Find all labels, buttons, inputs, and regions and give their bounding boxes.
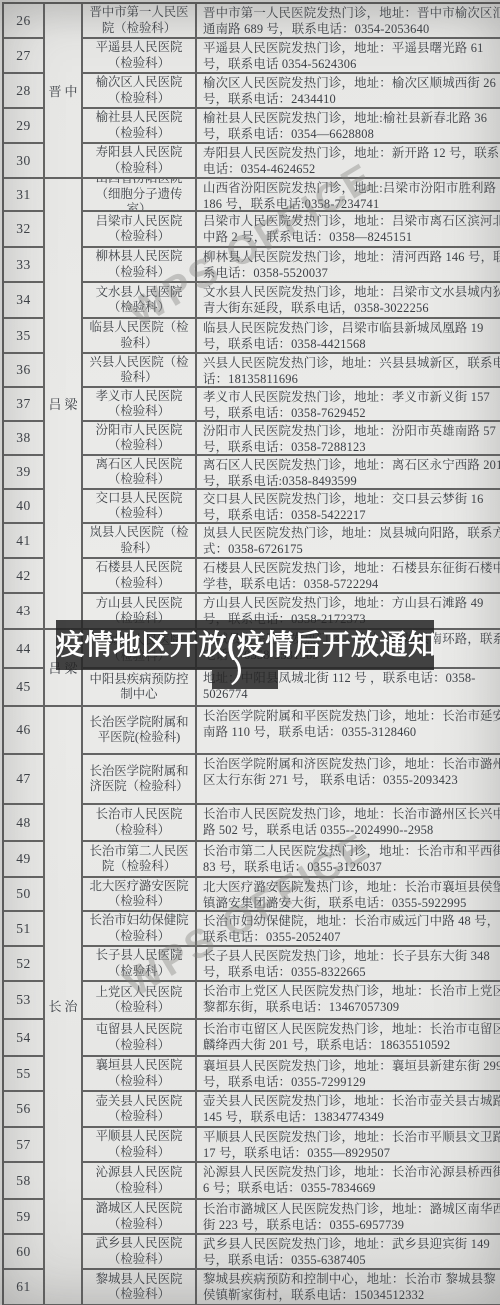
hospital-name-cell: 临县人民医院（检验科） — [83, 319, 197, 354]
hospital-name-cell: 上党区人民医院（检验科） — [83, 982, 197, 1020]
hospital-detail-cell: 寿阳县人民医院发热门诊，地址：新开路 12 号，联系电话：0354-462465… — [197, 144, 500, 179]
row-number-cell: 29 — [4, 109, 45, 144]
row-number-cell: 51 — [4, 912, 45, 947]
hospital-name-cell: 汾阳市人民医院（检验科） — [83, 422, 197, 456]
row-number-cell: 45 — [4, 669, 45, 707]
row-number-cell: 52 — [4, 947, 45, 982]
hospital-name-cell: 长治市妇幼保健院（检验科） — [83, 912, 197, 947]
hospital-name-cell: 襄垣县人民医院（检验科） — [83, 1057, 197, 1092]
row-number-cell: 58 — [4, 1163, 45, 1200]
hospital-detail-cell: 长子县人民医院发热门诊，地址：长子县东大街 348 号，联系电话：0355-83… — [197, 947, 500, 982]
hospital-name-cell: 交口县人民医院（检验科） — [83, 490, 197, 524]
region-cell: 长治 — [45, 707, 83, 1305]
hospital-detail-cell: 沁源县人民医院发热门诊，地址：长治市沁源县桥西街 6 号；联系电话：0355-7… — [197, 1163, 500, 1200]
row-number-cell: 53 — [4, 982, 45, 1020]
hospital-detail-cell: 山西省汾阳医院发热门诊，地址:吕梁市汾阳市胜利路 186 号，联系电话:0358… — [197, 179, 500, 212]
row-number-cell: 37 — [4, 388, 45, 422]
hospital-name-cell: 寿阳县人民医院（检验科） — [83, 144, 197, 179]
row-number-cell: 50 — [4, 878, 45, 912]
hospital-detail-cell: 武乡县人民医院发热门诊，地址：武乡县迎宾街 149 号，联系电话：0355-63… — [197, 1235, 500, 1270]
hospital-name-cell: 潞城区人民医院（检验科） — [83, 1200, 197, 1235]
hospital-detail-cell: 长治市潞城区人民医院发热门诊，地址：潞城区南华西街 223 号，联系电话：035… — [197, 1200, 500, 1235]
hospital-detail-cell: 长治市第二人民医院发热门诊，地址：长治市和平西街 83 号，联系电话：0355-… — [197, 842, 500, 878]
hospital-detail-cell: 岚县人民医院发热门诊，地址：岚县城向阳路，联系方式：0358-6726175 — [197, 524, 500, 559]
row-number-cell: 61 — [4, 1270, 45, 1305]
hospital-name-cell: 榆社县人民医院（检验科） — [83, 109, 197, 144]
hospital-name-cell: 文水县人民医院（检验科） — [83, 283, 197, 319]
row-number-cell: 39 — [4, 456, 45, 490]
overlay-title-line2: ） — [212, 670, 278, 689]
overlay-title: 疫情地区开放(疫情后开放通知 ） — [56, 620, 434, 689]
hospital-name-cell: 长治市人民医院（检验科） — [83, 805, 197, 842]
hospital-detail-cell: 长治市屯留区人民医院发热门诊，地址：长治市屯留区麟绛西大街 201 号，联系电话… — [197, 1020, 500, 1057]
row-number-cell: 46 — [4, 707, 45, 755]
hospital-name-cell: 岚县人民医院（检验科） — [83, 524, 197, 559]
row-number-cell: 32 — [4, 212, 45, 248]
hospital-detail-cell: 文水县人民医院发热门诊，地址：吕梁市文水县城内狄青大街东延段，联系电话，0358… — [197, 283, 500, 319]
hospital-name-cell: 榆次区人民医院（检验科） — [83, 74, 197, 109]
hospital-name-cell: 长子县人民医院（检验科） — [83, 947, 197, 982]
row-number-cell: 34 — [4, 283, 45, 319]
row-number-cell: 60 — [4, 1235, 45, 1270]
region-cell: 吕梁 — [45, 179, 83, 630]
row-number-cell: 43 — [4, 594, 45, 630]
hospital-name-cell: 壶关县人民医院（检验科） — [83, 1092, 197, 1128]
hospital-detail-cell: 平顺县人民医院发热门诊，地址：长治市平顺县文卫路 17 号，联系电话：0355—… — [197, 1128, 500, 1163]
row-number-cell: 54 — [4, 1020, 45, 1057]
hospital-detail-cell: 离石区人民医院发热门诊，地址：离石区永宁西路 201 号，联系电话:0358-8… — [197, 456, 500, 490]
hospital-name-cell: 吕梁市人民医院（检验科） — [83, 212, 197, 248]
hospital-detail-cell: 榆社县人民医院发热门诊，地址:榆社县新春北路 36 号，联系电话：0354—66… — [197, 109, 500, 144]
scanned-document-page: 26晋中市第一人民医院（检验科）晋中市第一人民医院发热门诊，地址：晋中市榆次区汇… — [0, 0, 500, 1305]
hospital-detail-cell: 交口县人民医院发热门诊，地址：交口县云梦街 16 号，联系电话：0358-542… — [197, 490, 500, 524]
hospital-detail-cell: 襄垣县人民医院发热门诊，地址：襄垣县新建东街 299 号，联系电话：0355-7… — [197, 1057, 500, 1092]
hospital-detail-cell: 孝义市人民医院发热门诊，地址：孝义市新义街 157 号，联系电话：0358-76… — [197, 388, 500, 422]
hospital-name-cell: 武乡县人民医院（检验科） — [83, 1235, 197, 1270]
hospital-detail-cell: 长治市妇幼保健院，地址：长治市威远门中路 48 号，联系电话：0355-2052… — [197, 912, 500, 947]
row-number-cell: 40 — [4, 490, 45, 524]
row-number-cell: 49 — [4, 842, 45, 878]
hospital-name-cell: 黎城县人民医院（检验科） — [83, 1270, 197, 1305]
row-number-cell: 44 — [4, 630, 45, 669]
hospital-detail-cell: 汾阳市人民医院发热门诊，地址：汾阳市英雄南路 57 号，联系电话：0358-72… — [197, 422, 500, 456]
row-number-cell: 36 — [4, 354, 45, 388]
hospital-name-cell: 孝义市人民医院（检验科） — [83, 388, 197, 422]
hospital-name-cell: 长治医学院附属和济医院（检验科） — [83, 755, 197, 805]
row-number-cell: 59 — [4, 1200, 45, 1235]
hospital-name-cell: 沁源县人民医院（检验科） — [83, 1163, 197, 1200]
row-number-cell: 56 — [4, 1092, 45, 1128]
row-number-cell: 48 — [4, 805, 45, 842]
region-cell: 晋中 — [45, 4, 83, 179]
hospital-detail-cell: 石楼县人民医院发热门诊，地址：石楼县东征街石楼中学巷，联系电话：0358-572… — [197, 559, 500, 594]
row-number-cell: 27 — [4, 39, 45, 74]
hospital-detail-cell: 晋中市第一人民医院发热门诊，地址：晋中市榆次区汇通南路 689 号，联系电话：0… — [197, 4, 500, 39]
hospital-detail-cell: 榆次区人民医院发热门诊，地址：榆次区顺城西街 26 号，联系电话：2434410 — [197, 74, 500, 109]
hospital-detail-cell: 平遥县人民医院发热门诊，地址：平遥县曙光路 61 号，联系电话 0354-562… — [197, 39, 500, 74]
row-number-cell: 35 — [4, 319, 45, 354]
hospital-detail-cell: 壶关县人民医院发热门诊，地址：长治市壶关县古城路 145 号，联系电话：1383… — [197, 1092, 500, 1128]
row-number-cell: 28 — [4, 74, 45, 109]
hospital-name-cell: 北大医疗潞安医院（检验科） — [83, 878, 197, 912]
hospital-detail-cell: 临县人民医院发热门诊，吕梁市临县新城凤凰路 19 号，联系电话：0358-442… — [197, 319, 500, 354]
overlay-title-close-paren: ） — [230, 663, 260, 682]
row-number-cell: 31 — [4, 179, 45, 212]
row-number-cell: 30 — [4, 144, 45, 179]
hospital-detail-cell: 黎城县疾病预防和控制中心，地址：长治市 黎城县黎侯镇靳家街村，联系电话：1503… — [197, 1270, 500, 1305]
hospital-name-cell: 兴县人民医院（检验科） — [83, 354, 197, 388]
hospital-detail-cell: 吕梁市人民医院发热门诊，地址：吕梁市离石区滨河北中路 2 号，联系电话：0358… — [197, 212, 500, 248]
row-number-cell: 33 — [4, 248, 45, 283]
hospital-name-cell: 长治医学院附属和平医院(检验科) — [83, 707, 197, 755]
hospital-name-cell: 平遥县人民医院（检验科） — [83, 39, 197, 74]
hospital-detail-cell: 柳林县人民医院发热门诊，地址：清河西路 146 号，联系电话：0358-5520… — [197, 248, 500, 283]
row-number-cell: 57 — [4, 1128, 45, 1163]
hospital-name-cell: 山西省汾阳医院（细胞分子遗传室） — [83, 179, 197, 212]
hospital-detail-cell: 长治市上党区人民医院发热门诊，地址：长治市上党区黎都东街，联系电话：134670… — [197, 982, 500, 1020]
hospital-name-cell: 长治市第二人民医院（检验科） — [83, 842, 197, 878]
row-number-cell: 41 — [4, 524, 45, 559]
hospital-name-cell: 晋中市第一人民医院（检验科） — [83, 4, 197, 39]
row-number-cell: 47 — [4, 755, 45, 805]
hospital-name-cell: 离石区人民医院（检验科） — [83, 456, 197, 490]
hospital-detail-cell: 兴县人民医院发热门诊，地址：兴县县城新区，联系电话：18135811696 — [197, 354, 500, 388]
row-number-cell: 55 — [4, 1057, 45, 1092]
row-number-cell: 42 — [4, 559, 45, 594]
hospital-name-cell: 石楼县人民医院（检验科） — [83, 559, 197, 594]
row-number-cell: 38 — [4, 422, 45, 456]
hospital-name-cell: 平顺县人民医院（检验科） — [83, 1128, 197, 1163]
hospital-detail-cell: 长治医学院附属和济医院发热门诊，地址：长治市潞州区太行东街 271 号， 联系电… — [197, 755, 500, 805]
row-number-cell: 26 — [4, 4, 45, 39]
hospital-detail-cell: 长治医学院附属和平医院发热门诊，地址：长治市延安南路 110 号，联系电话：03… — [197, 707, 500, 755]
hospital-detail-cell: 长治市人民医院发热门诊，地址：长治市潞州区长兴中路 502 号，联系电话 035… — [197, 805, 500, 842]
hospital-name-cell: 屯留县人民医院（检验科） — [83, 1020, 197, 1057]
hospital-detail-cell: 北大医疗潞安医院发热门诊，地址：长治市襄垣县侯堡镇潞安集团潞安大街，联系电话：0… — [197, 878, 500, 912]
hospital-name-cell: 柳林县人民医院（检验科） — [83, 248, 197, 283]
